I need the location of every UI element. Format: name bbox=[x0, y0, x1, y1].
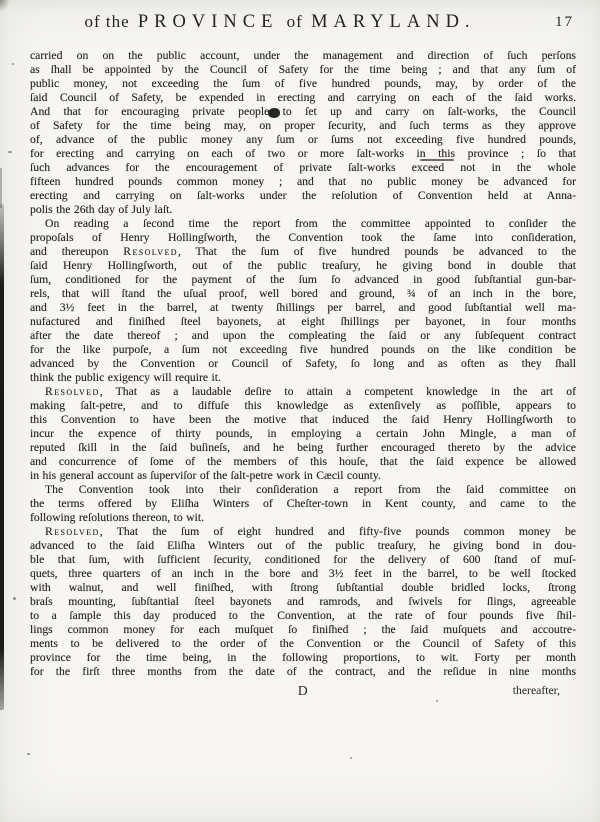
text-run: incur the expence of thirty pounds, in e… bbox=[30, 427, 576, 440]
text-run: and concurrence of ſome of the members o… bbox=[30, 455, 576, 468]
text-run: The Convention took into their conſidera… bbox=[45, 483, 576, 496]
text-line: and thereupon Resolved, That the ſum of … bbox=[30, 245, 576, 259]
text-line: for the like purpoſe, a ſum not exceedin… bbox=[30, 343, 576, 357]
text-line: ſuch advances for the encouragement of p… bbox=[30, 161, 576, 175]
text-run: after the date thereof ; and upon the co… bbox=[30, 329, 576, 342]
text-line: incur the expence of thirty pounds, in e… bbox=[30, 427, 576, 441]
ink-blot-artifact bbox=[268, 108, 280, 118]
text-line: ſaid Council of Safety, be expended in e… bbox=[30, 91, 576, 105]
binding-edge-artifact-faint bbox=[0, 168, 2, 208]
text-line: quets, three quarters of an inch in the … bbox=[30, 567, 576, 581]
text-run: making ſalt-petre, and to diffuſe this k… bbox=[30, 399, 576, 412]
text-line: of, advance of the public money any ſum … bbox=[30, 133, 576, 147]
text-run: and thereupon bbox=[30, 245, 123, 258]
title-infix: of bbox=[283, 12, 307, 31]
text-line: advanced by the Convention or Council of… bbox=[30, 357, 576, 371]
text-line: propoſals of Henry Hollingſworth, the Co… bbox=[30, 231, 576, 245]
text-line: carried on on the public account, under … bbox=[30, 49, 576, 63]
text-run: carried on on the public account, under … bbox=[30, 49, 576, 62]
scanned-book-page: of the PROVINCE of MARYLAND. 17 carried … bbox=[0, 0, 600, 822]
text-run: , That the ſum of five hundred pounds be… bbox=[178, 245, 576, 258]
underline-mark-artifact bbox=[420, 159, 454, 161]
text-run: advanced to the ſaid Eliſha Winters out … bbox=[30, 539, 576, 552]
text-run: province for the time being, in the foll… bbox=[30, 651, 576, 664]
text-run: public money, not exceeding the ſum of f… bbox=[30, 77, 576, 90]
text-run: And that for encouraging private people … bbox=[30, 105, 576, 118]
speck-artifact bbox=[12, 63, 14, 65]
text-line: Resolved, That as a laudable deſire to a… bbox=[30, 385, 576, 399]
text-line: ble that ſum, with ſufficient ſecurity, … bbox=[30, 553, 576, 567]
text-run: the terms offered by Eliſha Winters of C… bbox=[30, 497, 576, 510]
text-run: ſuch advances for the encouragement of p… bbox=[30, 161, 576, 174]
text-run: ments to be delivered to the order of th… bbox=[30, 637, 576, 650]
paragraph: Resolved, That the ſum of eight hundred … bbox=[30, 525, 576, 679]
text-run: following reſolutions thereon, to wit. bbox=[30, 511, 204, 524]
text-run: polis the 26th day of July laſt. bbox=[30, 203, 172, 216]
text-line: and concurrence of ſome of the members o… bbox=[30, 455, 576, 469]
text-line: fifteen hundred pounds common money ; an… bbox=[30, 175, 576, 189]
text-line: think the public exigency will require i… bbox=[30, 371, 576, 385]
text-line: rels, that will ſtand the uſual proof, w… bbox=[30, 287, 576, 301]
text-line: nufactured and finiſhed ſteel bayonets, … bbox=[30, 315, 576, 329]
corner-smudge-artifact bbox=[0, 0, 10, 12]
text-run: with walnut, and well finiſhed, with ſtr… bbox=[30, 581, 576, 594]
text-line: ſaid Henry Hollingſworth, out of the pub… bbox=[30, 259, 576, 273]
text-line: ments to be delivered to the order of th… bbox=[30, 637, 576, 651]
text-line: for the firſt three months from the date… bbox=[30, 665, 576, 679]
text-line: public money, not exceeding the ſum of f… bbox=[30, 77, 576, 91]
text-run: rels, that will ſtand the uſual proof, w… bbox=[30, 287, 576, 300]
text-line: and 3½ feet in the barrel, at twenty ſhi… bbox=[30, 301, 576, 315]
text-line: with walnut, and well finiſhed, with ſtr… bbox=[30, 581, 576, 595]
text-run: to a ſample this day produced to the Con… bbox=[30, 609, 576, 622]
paragraph: Resolved, That as a laudable deſire to a… bbox=[30, 385, 576, 483]
text-run: reputed ſkill in the ſaid buſineſs, and … bbox=[30, 441, 576, 454]
text-run: , That the ſum of eight hundred and fift… bbox=[100, 525, 576, 538]
text-run: ſaid Henry Hollingſworth, out of the pub… bbox=[30, 259, 576, 272]
text-line: the terms offered by Eliſha Winters of C… bbox=[30, 497, 576, 511]
speck-artifact bbox=[8, 151, 12, 153]
text-line: On reading a ſecond time the report from… bbox=[30, 217, 576, 231]
text-run: fifteen hundred pounds common money ; an… bbox=[30, 175, 576, 188]
text-line: lings common money for each muſquet ſo f… bbox=[30, 623, 576, 637]
text-line: in his general account as ſuperviſor of … bbox=[30, 469, 576, 483]
text-run: On reading a ſecond time the report from… bbox=[45, 217, 576, 230]
page-number: 17 bbox=[555, 14, 574, 31]
signature-mark: D bbox=[30, 683, 576, 699]
paragraph: The Convention took into their conſidera… bbox=[30, 483, 576, 525]
paragraph: On reading a ſecond time the report from… bbox=[30, 217, 576, 385]
text-run: ſum, conditioned for the payment of the … bbox=[30, 273, 576, 286]
text-run: for erecting and carrying on each of two… bbox=[30, 147, 576, 160]
text-line: Resolved, That the ſum of eight hundred … bbox=[30, 525, 576, 539]
text-line: of Safety for the time being may, on pro… bbox=[30, 119, 576, 133]
text-line: ſum, conditioned for the payment of the … bbox=[30, 273, 576, 287]
text-line: to a ſample this day produced to the Con… bbox=[30, 609, 576, 623]
text-run: propoſals of Henry Hollingſworth, the Co… bbox=[30, 231, 576, 244]
text-line: reputed ſkill in the ſaid buſineſs, and … bbox=[30, 441, 576, 455]
text-run: , That as a laudable deſire to attain a … bbox=[100, 385, 576, 398]
speck-artifact bbox=[27, 753, 30, 755]
text-run: as ſhall be appointed by the Council of … bbox=[30, 63, 576, 76]
title-prefix: of the bbox=[80, 12, 133, 31]
text-block: carried on on the public account, under … bbox=[30, 49, 576, 679]
text-line: polis the 26th day of July laſt. bbox=[30, 203, 576, 217]
binding-edge-artifact bbox=[0, 204, 4, 710]
text-line: making ſalt-petre, and to diffuſe this k… bbox=[30, 399, 576, 413]
catchword: thereafter, bbox=[513, 684, 560, 697]
text-line: for erecting and carrying on each of two… bbox=[30, 147, 576, 161]
speck-artifact bbox=[350, 757, 352, 759]
text-line: The Convention took into their conſidera… bbox=[30, 483, 576, 497]
text-line: this Convention to have been the motive … bbox=[30, 413, 576, 427]
text-run: for the firſt three months from the date… bbox=[30, 665, 576, 678]
text-line: advanced to the ſaid Eliſha Winters out … bbox=[30, 539, 576, 553]
title-province: PROVINCE bbox=[138, 12, 279, 32]
text-run: ble that ſum, with ſufficient ſecurity, … bbox=[30, 553, 576, 566]
text-run: lings common money for each muſquet ſo f… bbox=[30, 623, 576, 636]
smallcaps-word: Resolved bbox=[123, 245, 178, 258]
text-run: nufactured and finiſhed ſteel bayonets, … bbox=[30, 315, 576, 328]
text-line: braſs mounting, ſubſtantial ſteel bayone… bbox=[30, 595, 576, 609]
text-line: And that for encouraging private people … bbox=[30, 105, 576, 119]
smallcaps-word: Resolved bbox=[45, 525, 100, 538]
text-run: advanced by the Convention or Council of… bbox=[30, 357, 576, 370]
text-run: of Safety for the time being may, on pro… bbox=[30, 119, 576, 132]
page-title: of the PROVINCE of MARYLAND. bbox=[0, 12, 556, 33]
text-run: quets, three quarters of an inch in the … bbox=[30, 567, 576, 580]
text-run: ſaid Council of Safety, be expended in e… bbox=[30, 91, 576, 104]
text-line: province for the time being, in the foll… bbox=[30, 651, 576, 665]
text-line: after the date thereof ; and upon the co… bbox=[30, 329, 576, 343]
paragraph: carried on on the public account, under … bbox=[30, 49, 576, 217]
text-run: in his general account as ſuperviſor of … bbox=[30, 469, 381, 482]
text-run: braſs mounting, ſubſtantial ſteel bayone… bbox=[30, 595, 576, 608]
text-run: this Convention to have been the motive … bbox=[30, 413, 576, 426]
text-run: of, advance of the public money any ſum … bbox=[30, 133, 576, 146]
text-run: think the public exigency will require i… bbox=[30, 371, 221, 384]
text-line: following reſolutions thereon, to wit. bbox=[30, 511, 576, 525]
text-run: and 3½ feet in the barrel, at twenty ſhi… bbox=[30, 301, 576, 314]
smallcaps-word: Resolved bbox=[45, 385, 100, 398]
speck-artifact bbox=[13, 597, 16, 600]
speck-artifact bbox=[436, 700, 438, 702]
text-line: erecting and carrying on ſalt-works unde… bbox=[30, 189, 576, 203]
text-run: for the like purpoſe, a ſum not exceedin… bbox=[30, 343, 576, 356]
title-maryland: MARYLAND. bbox=[311, 12, 476, 32]
text-run: erecting and carrying on ſalt-works unde… bbox=[30, 189, 576, 202]
footer-line: D thereafter, bbox=[30, 683, 576, 697]
text-line: as ſhall be appointed by the Council of … bbox=[30, 63, 576, 77]
running-header: of the PROVINCE of MARYLAND. 17 bbox=[0, 12, 600, 38]
